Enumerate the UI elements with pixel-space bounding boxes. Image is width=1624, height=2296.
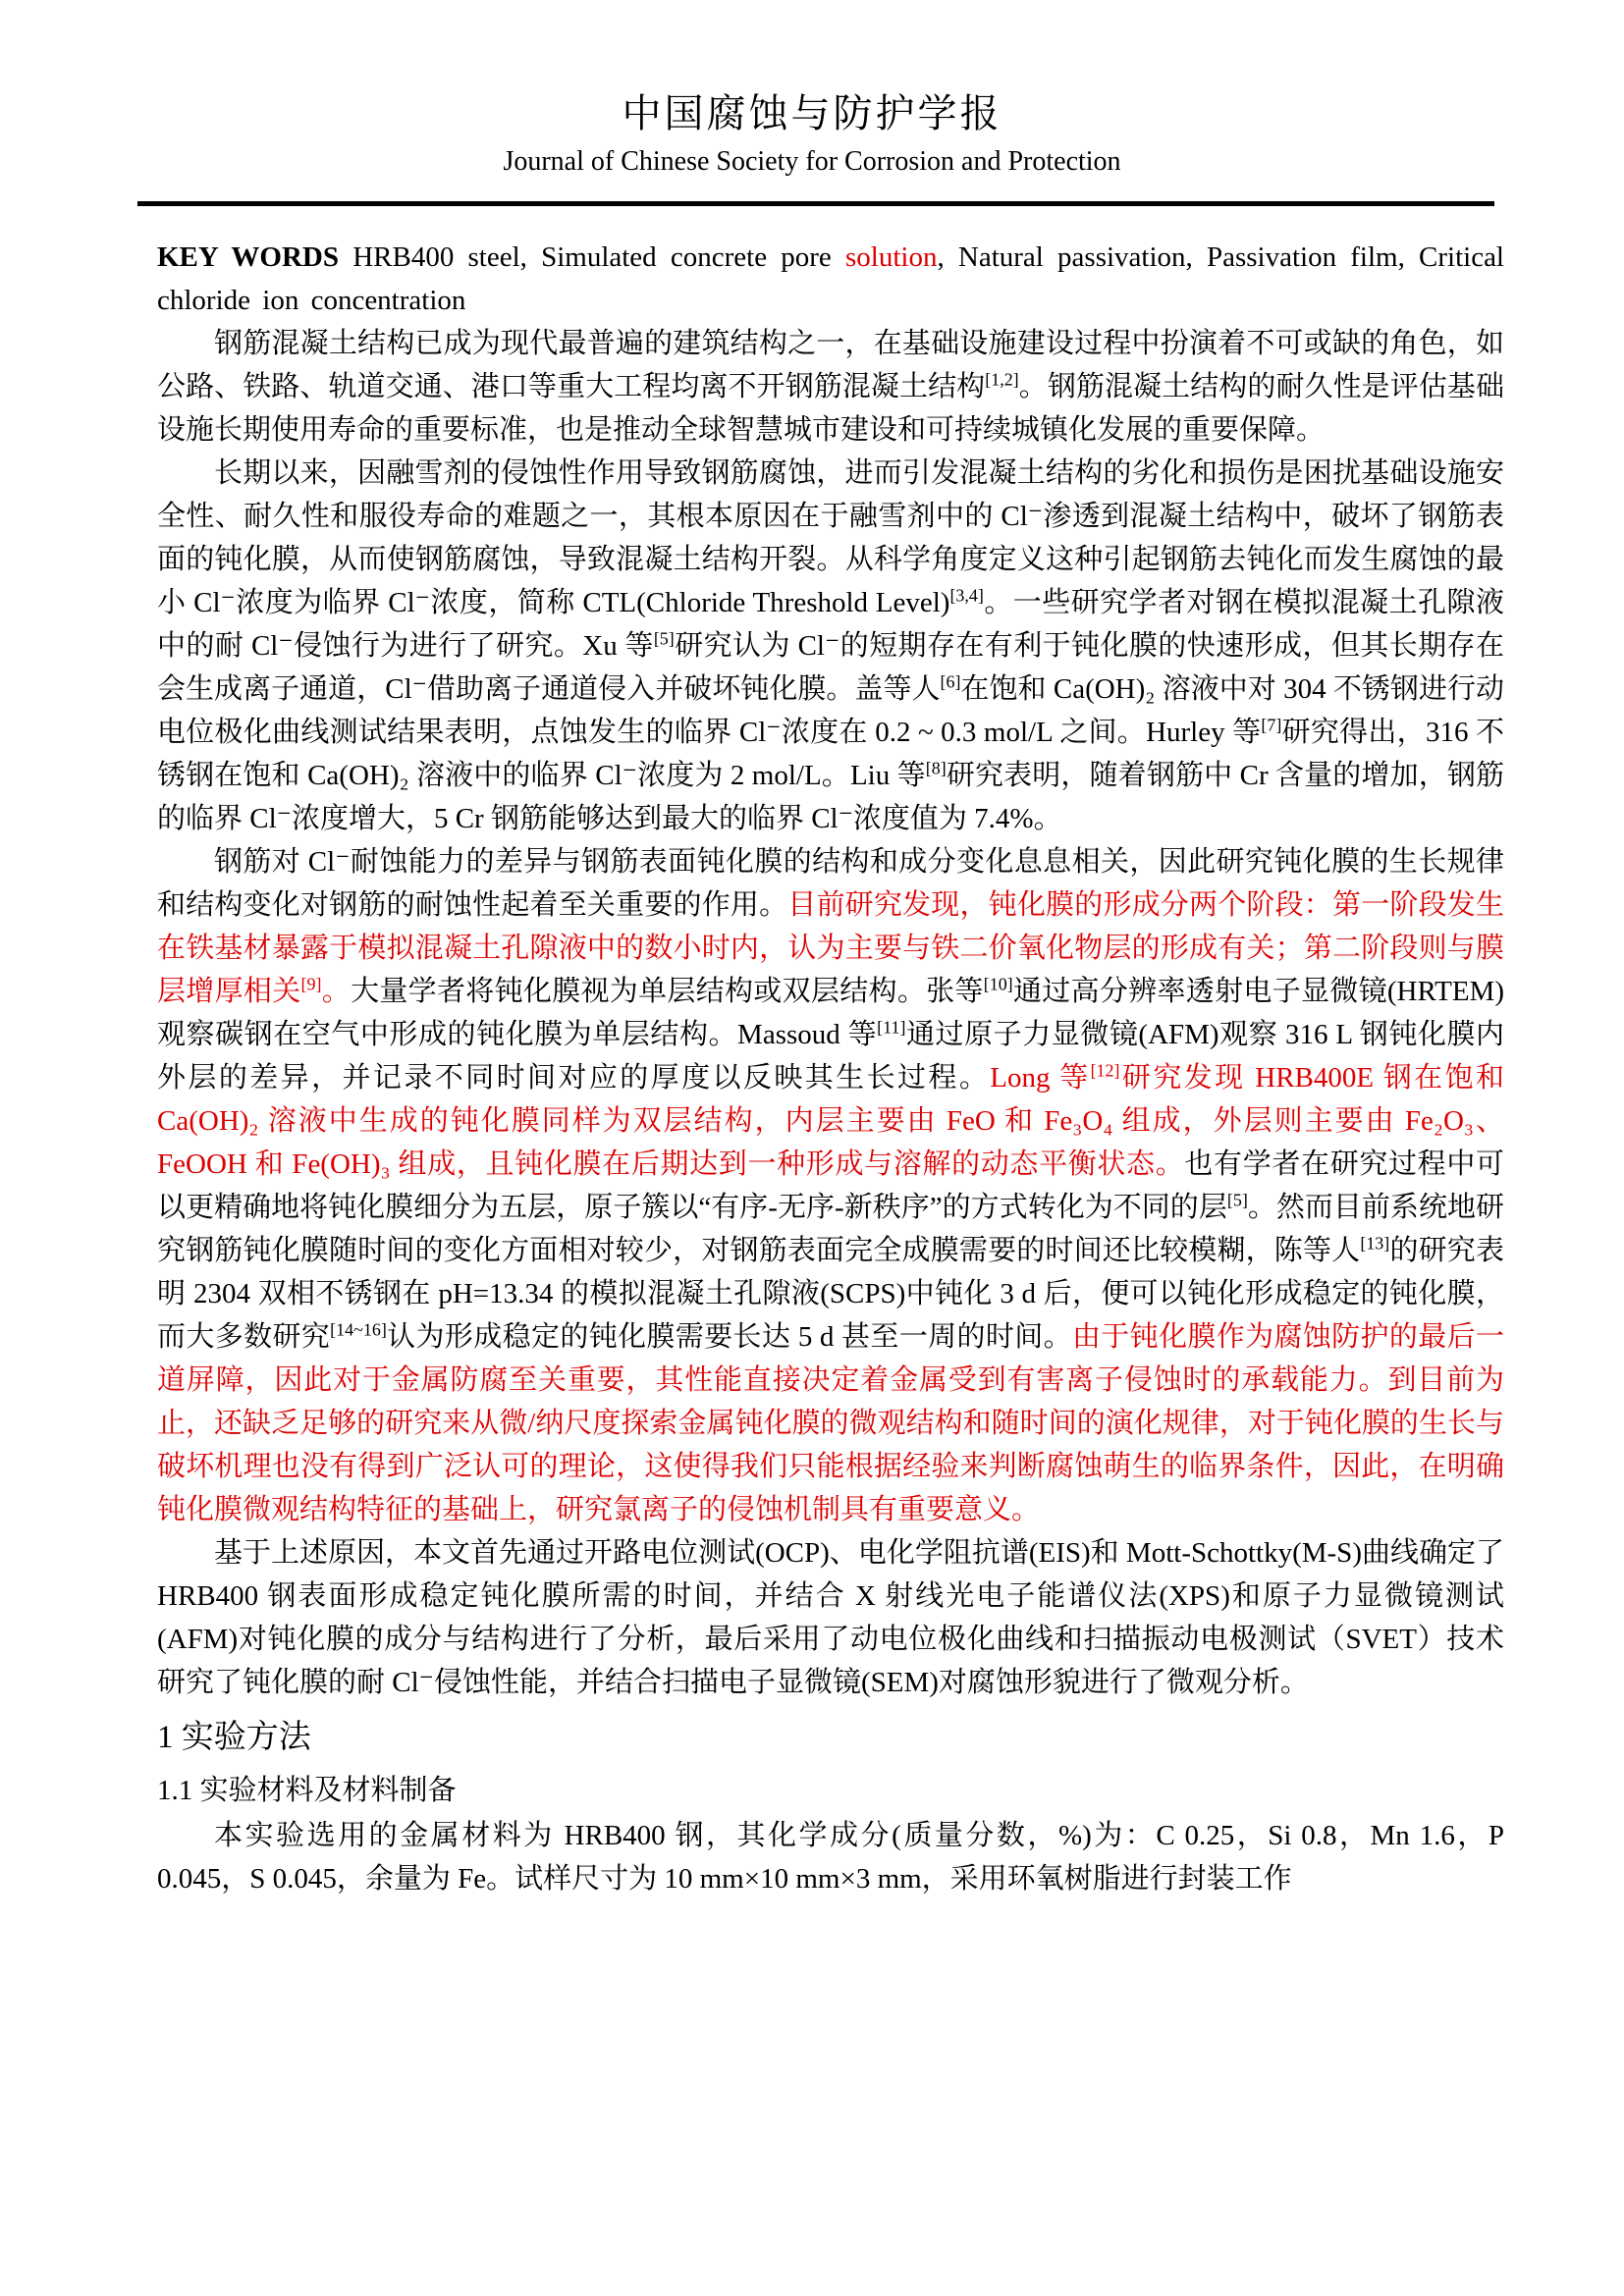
citation-ref: [5]	[654, 628, 675, 648]
paragraph: 钢筋混凝土结构已成为现代最普遍的建筑结构之一，在基础设施建设过程中扮演着不可或缺…	[157, 322, 1504, 452]
keywords-paragraph: KEY WORDS HRB400 steel, Simulated concre…	[157, 236, 1504, 322]
journal-title-chinese: 中国腐蚀与防护学报	[0, 90, 1624, 137]
citation-ref: [7]	[1261, 715, 1281, 734]
text-segment: Long 等	[990, 1062, 1090, 1094]
citation-ref: [13]	[1360, 1233, 1389, 1253]
paragraph: 基于上述原因，本文首先通过开路电位测试(OCP)、电化学阻抗谱(EIS)和 Mo…	[157, 1531, 1504, 1704]
citation-ref: [14~16]	[330, 1319, 387, 1339]
paragraph: 本实验选用的金属材料为 HRB400 钢，其化学成分(质量分数，%)为：C 0.…	[157, 1814, 1504, 1900]
text-segment: 基于上述原因，本文首先通过开路电位测试(OCP)、电化学阻抗谱(EIS)和 Mo…	[157, 1537, 1504, 1698]
citation-ref: [11]	[877, 1017, 905, 1037]
text-segment: 大量学者将钝化膜视为单层结构或双层结构。张等	[351, 976, 984, 1007]
section-heading: 1 实验方法	[157, 1712, 1504, 1763]
text-segment: 认为形成稳定的钝化膜需要长达 5 d 甚至一周的时间。	[387, 1321, 1072, 1353]
citation-ref: [6]	[941, 671, 961, 691]
paper-page: 中国腐蚀与防护学报 Journal of Chinese Society for…	[0, 0, 1624, 2296]
citation-ref: [5]	[1227, 1190, 1248, 1209]
journal-title-english: Journal of Chinese Society for Corrosion…	[0, 145, 1624, 179]
citation-ref: [1,2]	[985, 369, 1018, 389]
text-segment: KEY WORDS	[157, 241, 352, 273]
citation-ref: [12]	[1091, 1060, 1120, 1080]
header-divider-rule	[137, 201, 1494, 206]
citation-ref: [3,4]	[949, 585, 983, 605]
paragraph: 长期以来，因融雪剂的侵蚀性作用导致钢筋腐蚀，进而引发混凝土结构的劣化和损伤是困扰…	[157, 452, 1504, 840]
paragraph: 钢筋对 Cl⁻耐蚀能力的差异与钢筋表面钝化膜的结构和成分变化息息相关，因此研究钝…	[157, 840, 1504, 1531]
section-heading: 1.1 实验材料及材料制备	[157, 1767, 1504, 1814]
citation-ref: [10]	[984, 974, 1013, 993]
citation-ref: [8]	[926, 758, 947, 777]
journal-header: 中国腐蚀与防护学报 Journal of Chinese Society for…	[0, 0, 1624, 179]
citation-ref: [9]	[301, 974, 322, 993]
text-segment: 。	[321, 976, 351, 1007]
text-segment: solution	[845, 241, 937, 273]
text-segment: 本实验选用的金属材料为 HRB400 钢，其化学成分(质量分数，%)为：C 0.…	[157, 1820, 1504, 1895]
document-body: KEY WORDS HRB400 steel, Simulated concre…	[157, 236, 1504, 1900]
text-segment: HRB400 steel, Simulated concrete pore	[352, 241, 845, 273]
